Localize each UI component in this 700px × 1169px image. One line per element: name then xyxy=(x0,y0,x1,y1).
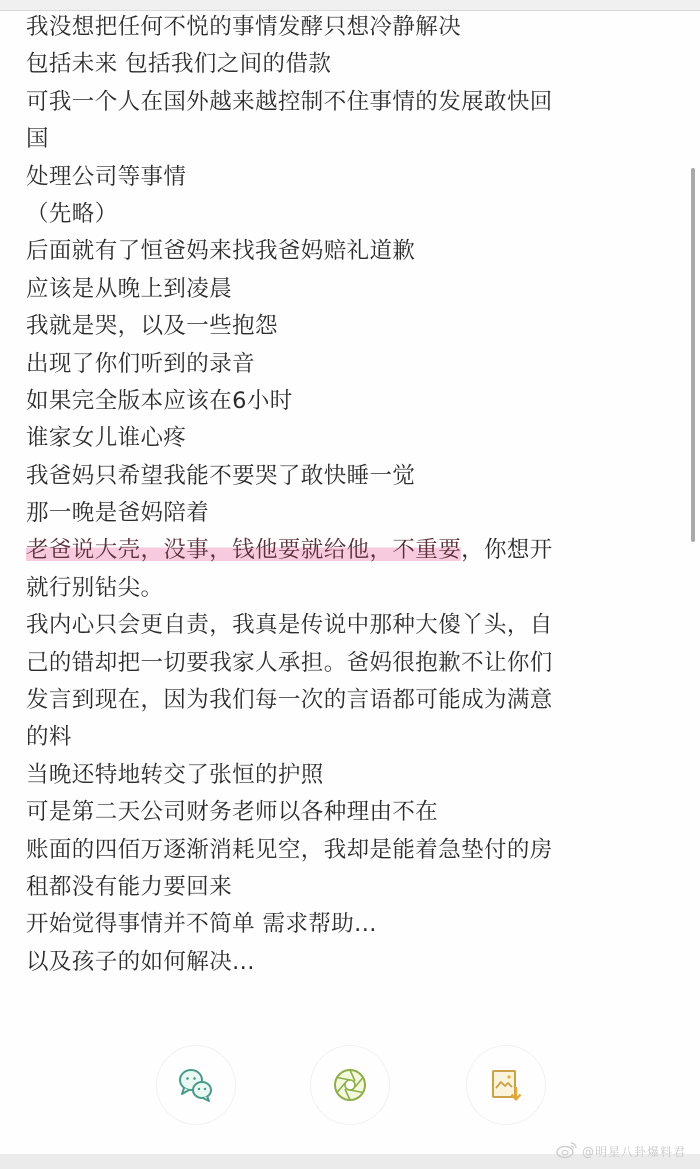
text-line: 当晚还特地转交了张恒的护照 xyxy=(26,757,666,794)
text-line: 我内心只会更自责，我真是传说中那种大傻丫头，自 xyxy=(26,607,666,644)
text-line: 租都没有能力要回来 xyxy=(26,869,666,906)
text-line: 应该是从晚上到凌晨 xyxy=(26,271,666,308)
share-bar xyxy=(0,1040,700,1140)
pink-highlight: 老爸说大壳，没事，钱他要就给他，不重要 xyxy=(26,537,461,563)
save-image-button[interactable] xyxy=(466,1045,546,1125)
weibo-icon xyxy=(556,1141,578,1162)
text-line: 处理公司等事情 xyxy=(26,159,666,196)
text-line: 出现了你们听到的录音 xyxy=(26,346,666,383)
text-line: 包括未来 包括我们之间的借款 xyxy=(26,46,666,83)
highlighted-line: 老爸说大壳，没事，钱他要就给他，不重要，你想开 xyxy=(26,532,666,569)
share-moments-button[interactable] xyxy=(310,1045,390,1125)
text-line: 账面的四佰万逐渐消耗见空，我却是能着急垫付的房 xyxy=(26,832,666,869)
text-line: 那一晚是爸妈陪着 xyxy=(26,495,666,532)
vertical-scrollbar[interactable] xyxy=(691,168,695,542)
text-line: 我就是哭，以及一些抱怨 xyxy=(26,308,666,345)
text-content: 我没想把任何不悦的事情发酵只想冷静解决 包括未来 包括我们之间的借款 可我一个人… xyxy=(26,9,666,981)
text-line: 国 xyxy=(26,121,666,158)
text-line: 开始觉得事情并不简单 需求帮助... xyxy=(26,906,666,943)
text-line: 可我一个人在国外越来越控制不住事情的发展敢快回 xyxy=(26,84,666,121)
text-line: 以及孩子的如何解决... xyxy=(26,944,666,981)
text-line: 发言到现在，因为我们每一次的言语都可能成为满意 xyxy=(26,682,666,719)
text-line: 谁家女儿谁心疼 xyxy=(26,420,666,457)
moments-aperture-icon xyxy=(328,1063,372,1107)
share-wechat-button[interactable] xyxy=(156,1045,236,1125)
text-line: 的料 xyxy=(26,719,666,756)
watermark: @明星八卦爆料君 xyxy=(556,1141,686,1162)
watermark-text: @明星八卦爆料君 xyxy=(582,1143,686,1160)
text-line: 如果完全版本应该在6小时 xyxy=(26,383,666,420)
wechat-icon xyxy=(174,1063,218,1107)
save-image-icon xyxy=(484,1063,528,1107)
text-line: （先略） xyxy=(26,196,666,233)
text-line: 可是第二天公司财务老师以各种理由不在 xyxy=(26,794,666,831)
text-line: 后面就有了恒爸妈来找我爸妈赔礼道歉 xyxy=(26,233,666,270)
highlighted-line-rest: ，你想开 xyxy=(461,537,553,563)
text-line: 我爸妈只希望我能不要哭了敢快睡一觉 xyxy=(26,458,666,495)
text-line: 我没想把任何不悦的事情发酵只想冷静解决 xyxy=(26,9,666,46)
text-line: 就行别钻尖。 xyxy=(26,570,666,607)
text-line: 己的错却把一切要我家人承担。爸妈很抱歉不让你们 xyxy=(26,645,666,682)
